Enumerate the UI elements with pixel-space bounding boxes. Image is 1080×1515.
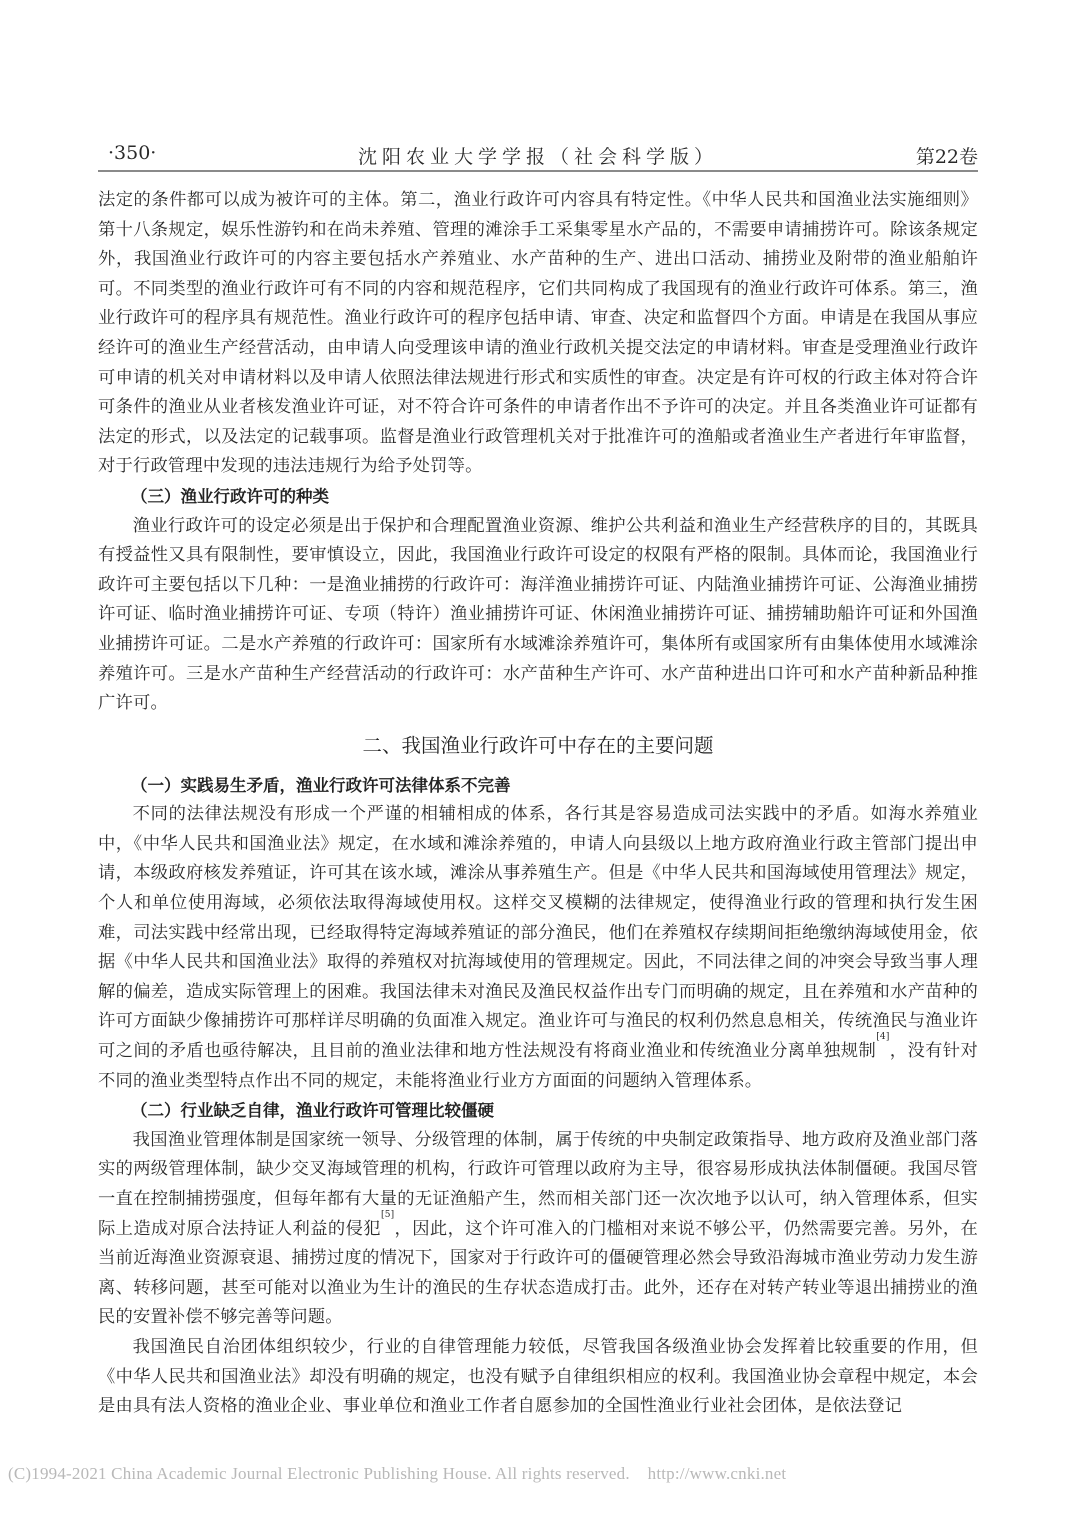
citation-ref: [4] — [876, 1032, 889, 1042]
section-title: 二、我国渔业行政许可中存在的主要问题 — [98, 731, 978, 761]
subheading-self-discipline: （二）行业缺乏自律，渔业行政许可管理比较僵硬 — [98, 1096, 978, 1126]
paragraph-continued: 法定的条件都可以成为被许可的主体。第二，渔业行政许可内容具有特定性。《中华人民共… — [98, 186, 978, 482]
copyright-footer: (C)1994-2021 China Academic Journal Elec… — [8, 1464, 786, 1484]
cnki-link[interactable]: http://www.cnki.net — [648, 1464, 787, 1483]
paragraph-associations: 我国渔民自治团体组织较少，行业的自律管理能力较低，尽管我国各级渔业协会发挥着比较… — [98, 1333, 978, 1422]
citation-ref: [5] — [381, 1210, 394, 1220]
paragraph-types: 渔业行政许可的设定必须是出于保护和合理配置渔业资源、维护公共利益和渔业生产经营秩… — [98, 512, 978, 719]
subheading-types: （三）渔业行政许可的种类 — [98, 482, 978, 512]
volume-label: 第22卷 — [916, 142, 978, 169]
copyright-text: (C)1994-2021 China Academic Journal Elec… — [8, 1464, 630, 1483]
running-header: ·350· 沈阳农业大学学报（社会科学版） 第22卷 — [98, 138, 978, 172]
paragraph-legal-system: 不同的法律法规没有形成一个严谨的相辅相成的体系，各行其是容易造成司法实践中的矛盾… — [98, 800, 978, 1096]
article-body: 法定的条件都可以成为被许可的主体。第二，渔业行政许可内容具有特定性。《中华人民共… — [98, 186, 978, 1422]
paragraph-management: 我国渔业管理体制是国家统一领导、分级管理的体制，属于传统的中央制定政策指导、地方… — [98, 1126, 978, 1333]
journal-title: 沈阳农业大学学报（社会科学版） — [98, 142, 978, 169]
paragraph-text: 不同的法律法规没有形成一个严谨的相辅相成的体系，各行其是容易造成司法实践中的矛盾… — [98, 804, 978, 1061]
subheading-legal-system: （一）实践易生矛盾，渔业行政许可法律体系不完善 — [98, 771, 978, 801]
